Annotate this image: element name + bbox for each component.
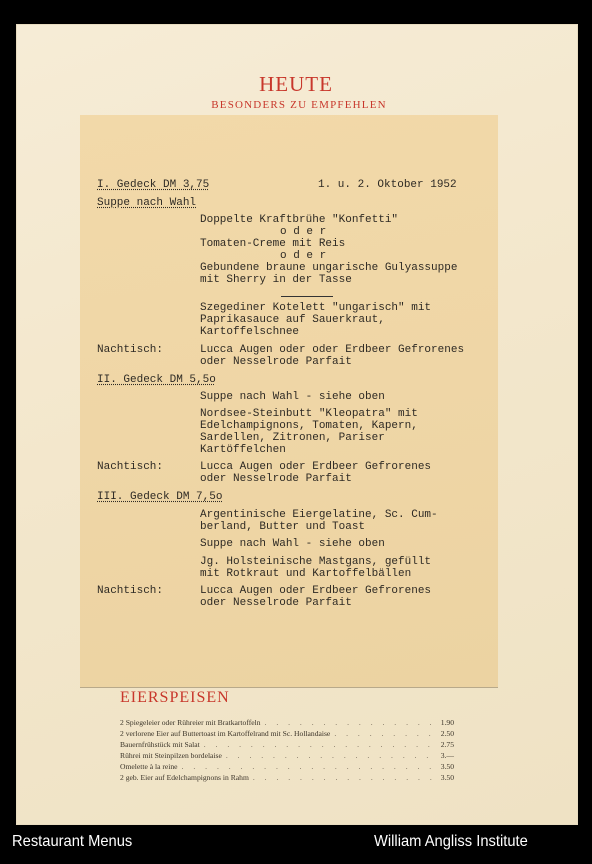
leader-dots: . . . . . . . . . . . . . . . . . . . . …	[330, 729, 432, 738]
main-course-line: Jg. Holsteinische Mastgans, gefüllt	[200, 556, 431, 568]
soup-option: Doppelte Kraftbrühe "Konfetti"	[200, 214, 398, 226]
main-course-line: Paprikasauce auf Sauerkraut,	[200, 314, 385, 326]
item-price: 1.90	[432, 718, 454, 727]
dessert-label: Nachtisch:	[97, 344, 163, 356]
starter-line: berland, Butter und Toast	[200, 521, 365, 533]
soup-option: Gebundene braune ungarische Gulyassuppe	[200, 262, 457, 274]
caption-institution: William Angliss Institute	[374, 833, 528, 851]
eierspeisen-heading: EIERSPEISEN	[120, 689, 230, 707]
main-course-line: Szegediner Kotelett "ungarisch" mit	[200, 302, 431, 314]
eierspeisen-item: Rührei mit Steinpilzen bordelaise . . . …	[120, 750, 454, 761]
leader-dots: . . . . . . . . . . . . . . . . . . . . …	[222, 751, 432, 760]
dessert-line: Lucca Augen oder Erdbeer Gefrorenes	[200, 585, 431, 597]
main-course-line: mit Rotkraut und Kartoffelbällen	[200, 568, 411, 580]
eierspeisen-item: Omelette à la reine . . . . . . . . . . …	[120, 761, 454, 772]
eierspeisen-item: 2 verlorene Eier auf Buttertoast im Kart…	[120, 728, 454, 739]
item-name: Bauernfrühstück mit Salat	[120, 740, 200, 749]
gedeck-3-title: III. Gedeck DM 7,5o	[97, 491, 222, 503]
dessert-line: oder Nesselrode Parfait	[200, 473, 352, 485]
starter-line: Argentinische Eiergelatine, Sc. Cum-	[200, 509, 438, 521]
main-course-line: Kartöffelchen	[200, 444, 286, 456]
item-price: 3.50	[432, 762, 454, 771]
item-name: Omelette à la reine	[120, 762, 178, 771]
menu-date: 1. u. 2. Oktober 1952	[318, 179, 457, 191]
leader-dots: . . . . . . . . . . . . . . . . . . . . …	[200, 740, 432, 749]
main-course-line: Nordsee-Steinbutt "Kleopatra" mit	[200, 408, 418, 420]
dessert-line: oder Nesselrode Parfait	[200, 597, 352, 609]
item-name: 2 verlorene Eier auf Buttertoast im Kart…	[120, 729, 330, 738]
main-course-line: Kartoffelschnee	[200, 326, 299, 338]
dessert-label: Nachtisch:	[97, 585, 163, 597]
header-title: HEUTE	[0, 72, 592, 97]
item-name: Rührei mit Steinpilzen bordelaise	[120, 751, 222, 760]
soup-option: Tomaten-Creme mit Reis	[200, 238, 345, 250]
leader-dots: . . . . . . . . . . . . . . . . . . . . …	[249, 773, 432, 782]
header-subtitle: BESONDERS ZU EMPFEHLEN	[0, 99, 592, 111]
leader-dots: . . . . . . . . . . . . . . . . . . . . …	[261, 718, 432, 727]
soup-or: o d e r	[280, 250, 326, 262]
item-price: 2.75	[432, 740, 454, 749]
soup-line: Suppe nach Wahl - siehe oben	[200, 391, 385, 403]
gedeck-2-title: II. Gedeck DM 5,5o	[97, 374, 216, 386]
soup-line: Suppe nach Wahl - siehe oben	[200, 538, 385, 550]
item-name: 2 Spiegeleier oder Rühreier mit Bratkart…	[120, 718, 261, 727]
dessert-line: Lucca Augen oder Erdbeer Gefrorenes	[200, 461, 431, 473]
caption-collection: Restaurant Menus	[12, 833, 132, 851]
main-course-line: Sardellen, Zitronen, Pariser	[200, 432, 385, 444]
dessert-line: oder Nesselrode Parfait	[200, 356, 352, 368]
eierspeisen-item: 2 Spiegeleier oder Rühreier mit Bratkart…	[120, 717, 454, 728]
dessert-label: Nachtisch:	[97, 461, 163, 473]
item-price: 2.50	[432, 729, 454, 738]
soup-option-continued: mit Sherry in der Tasse	[200, 274, 352, 286]
eierspeisen-item: 2 geb. Eier auf Edelchampignons in Rahm …	[120, 772, 454, 783]
item-price: 3.50	[432, 773, 454, 782]
dessert-line: Lucca Augen oder oder Erdbeer Gefrorenes	[200, 344, 464, 356]
main-course-line: Edelchampignons, Tomaten, Kapern,	[200, 420, 418, 432]
eierspeisen-item: Bauernfrühstück mit Salat . . . . . . . …	[120, 739, 454, 750]
item-name: 2 geb. Eier auf Edelchampignons in Rahm	[120, 773, 249, 782]
soup-heading: Suppe nach Wahl	[97, 197, 196, 209]
soup-or: o d e r	[280, 226, 326, 238]
gedeck-1-title: I. Gedeck DM 3,75	[97, 179, 209, 191]
leader-dots: . . . . . . . . . . . . . . . . . . . . …	[178, 762, 432, 771]
divider-rule	[281, 296, 333, 297]
item-price: 3.—	[432, 751, 454, 760]
